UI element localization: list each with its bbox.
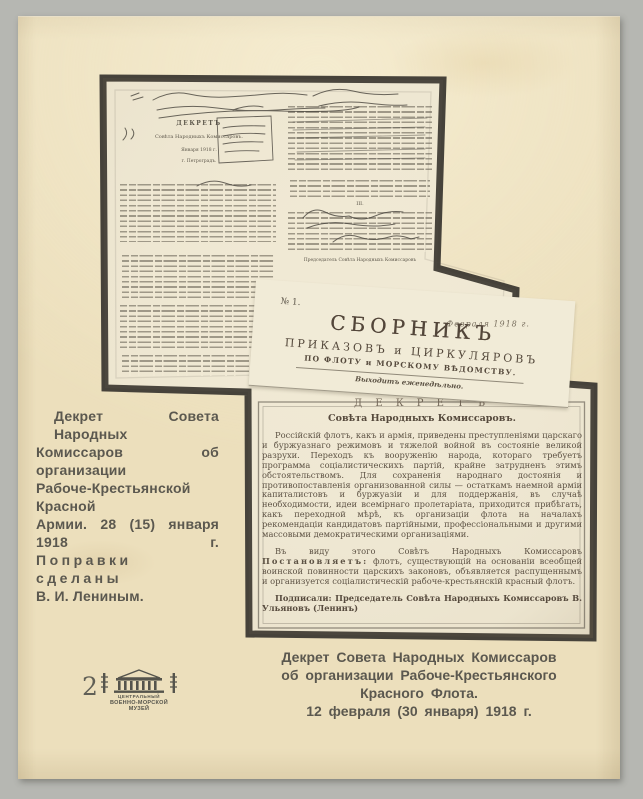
typed-text-block — [288, 212, 432, 252]
archive-page: ДЕКРЕТЪ Совѣта Народныхъ Комиссаровъ. Ян… — [0, 0, 643, 799]
caption-line: Рабоче-Крестьянской Красной — [36, 479, 219, 515]
caption-line: Комиссаров об организации — [36, 443, 219, 479]
museum-stamp: ЦЕНТРАЛЬНЫЙ ВОЕННО-МОРСКОЙ МУЗЕЙ — [100, 668, 178, 710]
typed-footer-line: Председатель Совѣта Народныхъ Комиссаров… — [288, 258, 432, 263]
typed-text-block — [288, 106, 432, 172]
typed-text-block — [290, 180, 430, 198]
decree-print: Д Е К Р Е Т Ъ Совѣта Народныхъ Комиссаро… — [262, 396, 582, 632]
typed-text-block — [122, 255, 274, 300]
typed-date-line: Января 1918 г. — [118, 148, 280, 153]
decree-subheading: Совѣта Народныхъ Комиссаровъ. — [262, 413, 582, 424]
caption-line: Поправки сделаны — [36, 551, 219, 587]
page-number: 2 — [82, 672, 98, 701]
bottom-caption: Декрет Совета Народных Комиссаров об орг… — [278, 648, 560, 720]
caption-line: Армии. 28 (15) января 1918 г. — [36, 515, 219, 551]
caption-line: об организации Рабоче-Крестьянского — [278, 666, 560, 684]
museum-stamp-line2: ВОЕННО-МОРСКОЙ МУЗЕЙ — [100, 700, 178, 712]
decree-paragraph2-emphasis: Постановляетъ: — [262, 556, 368, 566]
caption-line: Декрет Совета Народных — [36, 407, 219, 443]
decree-paragraph: Россійскій флотъ, какъ и армія, приведен… — [262, 431, 582, 540]
decree-paragraph2-lead: Въ виду этого Совѣтъ Народныхъ Комиссаро… — [275, 546, 582, 556]
decree-paragraph: Въ виду этого Совѣтъ Народныхъ Комиссаро… — [262, 547, 582, 587]
typed-place-line: г. Петроградъ. — [118, 159, 280, 164]
caption-line: 12 февраля (30 января) 1918 г. — [278, 702, 560, 720]
caption-line: В. И. Лениным. — [36, 587, 219, 605]
decree-signature-line: Подписали: Председатель Совѣта Народныхъ… — [262, 594, 582, 614]
typed-subheading: Совѣта Народныхъ Комиссаровъ. — [118, 134, 280, 140]
museum-building-icon — [100, 668, 178, 694]
left-caption: Декрет Совета Народных Комиссаров об орг… — [36, 407, 219, 605]
typed-text-block — [120, 184, 276, 242]
caption-line: Декрет Совета Народных Комиссаров — [278, 648, 560, 666]
caption-line: Красного Флота. — [278, 684, 560, 702]
typed-section-mark: III. — [288, 201, 432, 207]
typed-heading: ДЕКРЕТЪ — [118, 120, 280, 127]
museum-stamp-line1: ЦЕНТРАЛЬНЫЙ — [100, 694, 178, 699]
sbornik-cover-sheet: № 1. Февраля 1918 г. СБОРНИКЪ ПРИКАЗОВЪ … — [249, 279, 576, 408]
